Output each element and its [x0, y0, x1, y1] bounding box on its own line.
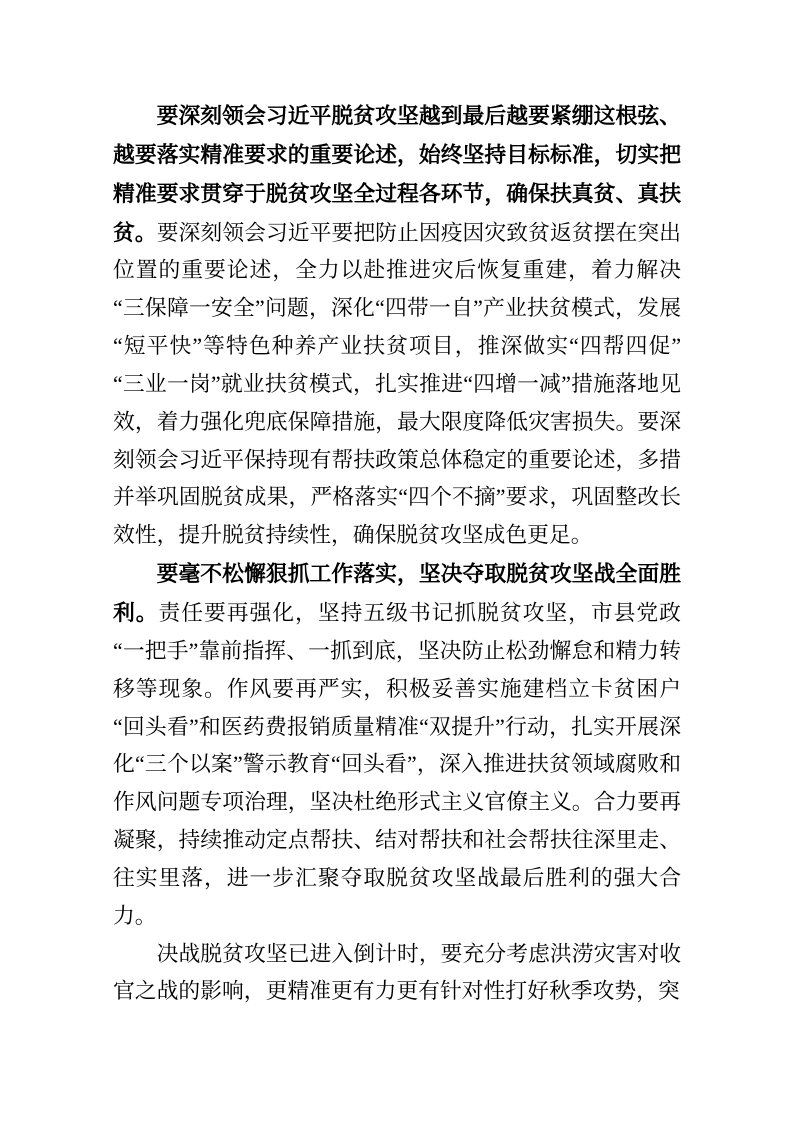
paragraph-3-body-text: 决战脱贫攻坚已进入倒计时，要充分考虑洪涝灾害对收官之战的影响，更精准更有力更有针… [113, 942, 681, 1004]
paragraph-3: 决战脱贫攻坚已进入倒计时，要充分考虑洪涝灾害对收官之战的影响，更精准更有力更有针… [113, 936, 681, 1012]
document-text-area: 要深刻领会习近平脱贫攻坚越到最后越要紧绷这根弦、越要落实精准要求的重要论述，始终… [113, 97, 681, 1011]
paragraph-1-body-text: 要深刻领会习近平要把防止因疫因灾致贫返贫摆在突出位置的重要论述，全力以赴推进灾后… [113, 221, 681, 548]
paragraph-1: 要深刻领会习近平脱贫攻坚越到最后越要紧绷这根弦、越要落实精准要求的重要论述，始终… [113, 97, 681, 555]
paragraph-2: 要毫不松懈狠抓工作落实，坚决夺取脱贫攻坚战全面胜利。责任要再强化，坚持五级书记抓… [113, 555, 681, 935]
document-page: 要深刻领会习近平脱贫攻坚越到最后越要紧绷这根弦、越要落实精准要求的重要论述，始终… [0, 0, 793, 1122]
paragraph-2-body-text: 责任要再强化，坚持五级书记抓脱贫攻坚，市县党政“一把手”靠前指挥、一抓到底，坚决… [113, 601, 681, 928]
